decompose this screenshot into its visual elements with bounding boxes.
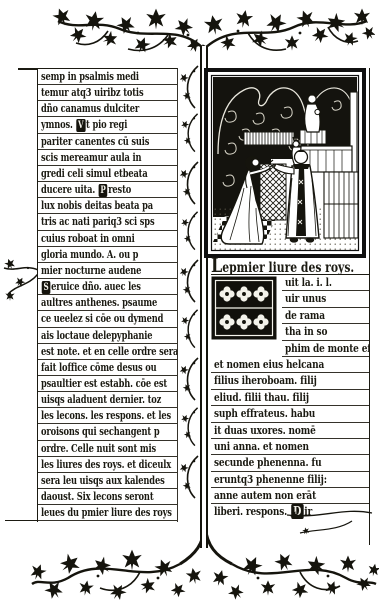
chapter-heading: Lepmier liure des roys. — [211, 258, 369, 275]
miniature-illustration — [204, 68, 366, 258]
text-line: dño canamus dulciter — [38, 101, 177, 117]
text-line: ducere uita. Presto — [38, 182, 177, 198]
decorated-initial-S: S — [42, 281, 51, 294]
text-line: sera leu uisqs aux kalendes — [38, 473, 177, 489]
left-text-column: semp in psalmis meditemur atq3 uiribz to… — [37, 68, 178, 522]
text-line: ce ueelez si cōe ou dymend — [38, 311, 177, 327]
text-line: les lecons. les respons. et les — [38, 408, 177, 424]
text-line: eruntq3 phenenne filij: — [211, 472, 369, 488]
text-line: uisqs aladuent dernier. toz — [38, 392, 177, 408]
decorated-initial-V: V — [76, 119, 85, 132]
text-line: lux nobis deitas beata pa — [38, 198, 177, 214]
text-line: scis mereamur aula in — [38, 150, 177, 166]
text-line: oroisons qui sechangent p — [38, 424, 177, 440]
right-frame-rule — [369, 68, 370, 545]
right-text-column: Lepmier liure des roys. uit la. i. l.uir… — [211, 258, 369, 521]
text-line: leues du pmier liure des roys — [38, 505, 177, 521]
text-line: anne autem non erāt — [211, 488, 369, 504]
heading-text: epmier liure des roys. — [222, 260, 354, 276]
text-line: gloria mundo. A. ou p — [38, 247, 177, 263]
text-line: les liures des roys. et diceulx — [38, 457, 177, 473]
text-line: uir unus — [282, 291, 369, 307]
text-line: it duas uxores. nomē — [211, 423, 369, 439]
decorated-initial-P: P — [99, 184, 108, 197]
text-line: ordre. Celle nuit sont mis — [38, 441, 177, 457]
text-line: et nomen eius helcana — [211, 357, 369, 373]
top-margin-rule — [18, 68, 38, 70]
right-column-text: uit la. i. l.uir unusde ramatha in sophi… — [211, 275, 369, 521]
text-line: semp in psalmis medi — [38, 69, 177, 85]
text-line: phim de monte effraim — [282, 341, 369, 357]
text-line: daoust. Six lecons seront — [38, 489, 177, 505]
text-line: mier nocturne audene — [38, 263, 177, 279]
text-line: ais loctaue delepyphanie — [38, 328, 177, 344]
text-line: de rama — [282, 308, 369, 324]
text-line: cuius roboat in omni — [38, 231, 177, 247]
text-line: temur atq3 uiribz totis — [38, 85, 177, 101]
text-line: gredi celi simul etbeata — [38, 166, 177, 182]
text-line: Seruice dño. auec les — [38, 279, 177, 295]
text-line: eliud. filii thau. filij — [211, 390, 369, 406]
final-initial-flourish-icon — [282, 505, 374, 537]
text-line: psaultier est estabh. cōe est — [38, 376, 177, 392]
text-line: fait loffice cōme desus ou — [38, 360, 177, 376]
text-line: filius iheroboam. filij — [211, 373, 369, 389]
text-line: est note. et en celle ordre sera — [38, 344, 177, 360]
text-line: aultres anthenes. psaume — [38, 295, 177, 311]
bench-slats — [324, 172, 358, 238]
text-line: secunde phenenna. fu — [211, 455, 369, 471]
ivy-border-top-icon — [48, 5, 375, 65]
text-line: uit la. i. l. — [282, 275, 369, 291]
decorated-initial-F — [211, 276, 277, 341]
text-line: tris ac nati pariq3 sci sps — [38, 214, 177, 230]
text-line: suph effrateus. habu — [211, 406, 369, 422]
manuscript-page: semp in psalmis meditemur atq3 uiribz to… — [0, 0, 379, 611]
heading-initial: L — [211, 253, 222, 277]
text-line: uni anna. et nomen — [211, 439, 369, 455]
text-line: ymnos. Vt pio regi — [38, 117, 177, 133]
text-line: pariter canentes cū suis — [38, 134, 177, 150]
bottom-margin-rule — [5, 520, 38, 521]
fringed-valance — [244, 132, 294, 145]
left-margin-sprig-icon — [0, 248, 38, 310]
text-line: tha in so — [282, 324, 369, 340]
